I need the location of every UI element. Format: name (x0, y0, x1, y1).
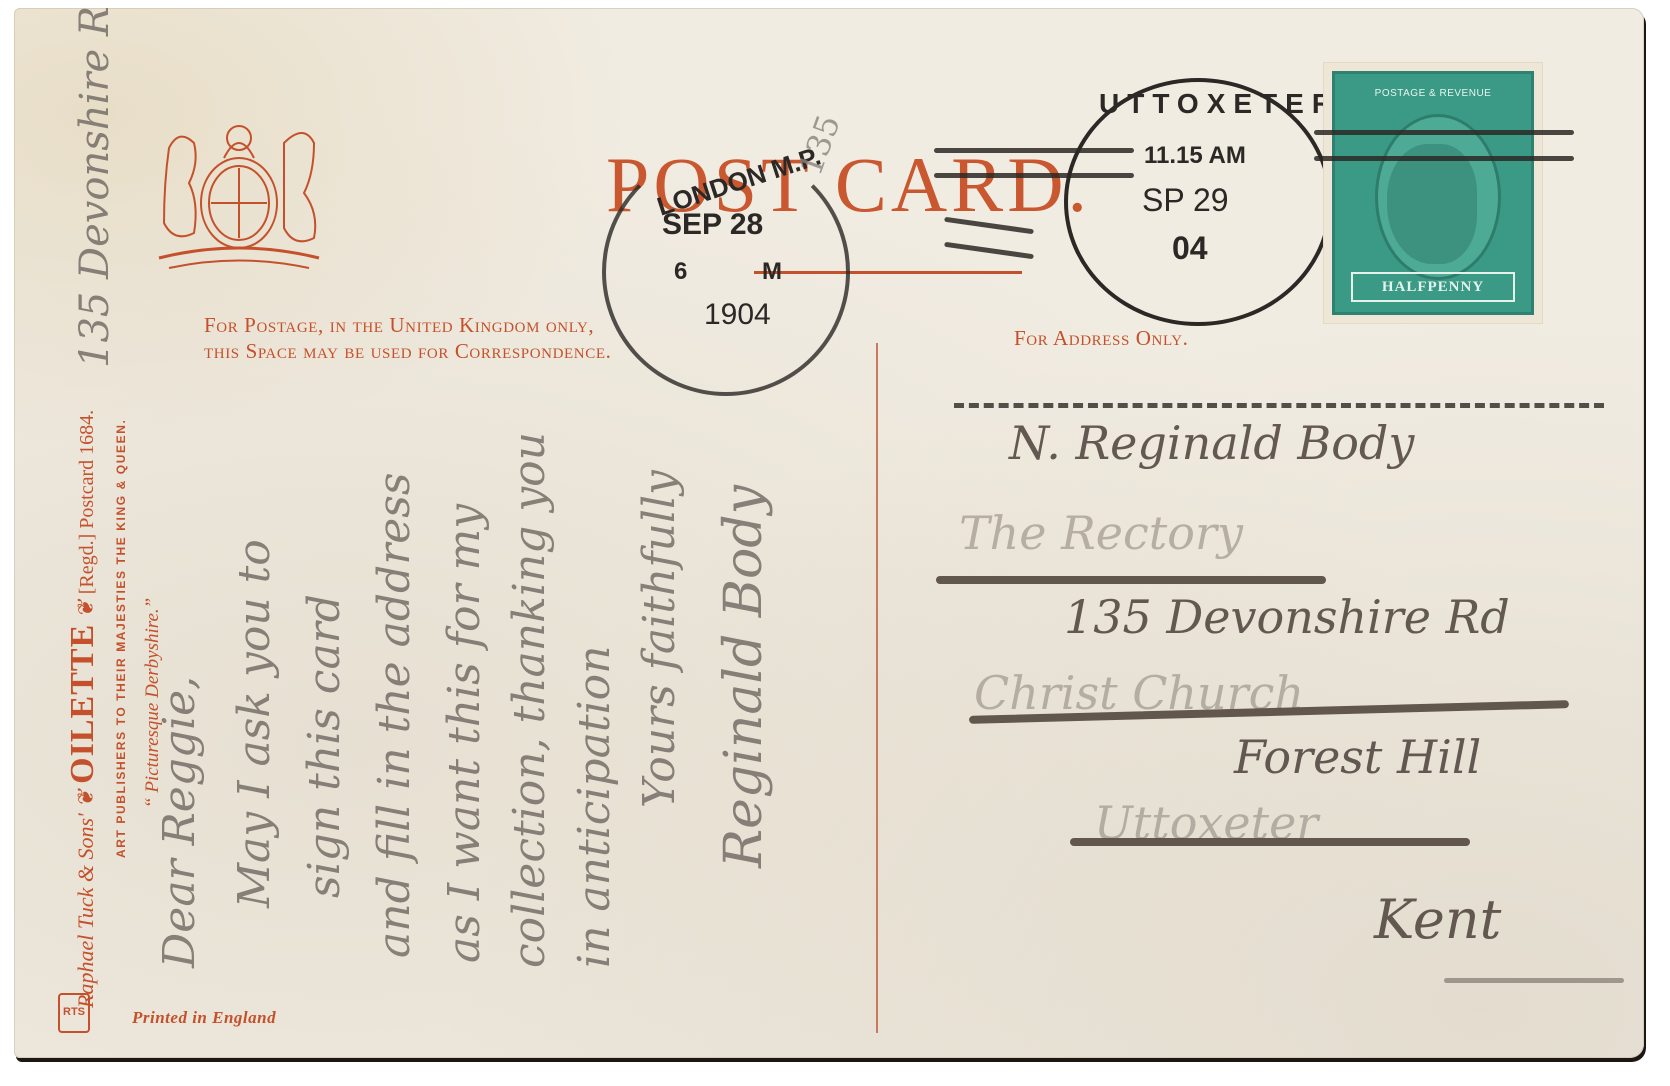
publisher-name: Raphael Tuck & Sons' (73, 813, 98, 1008)
publisher-registration: [Regd.] Postcard 1684. (76, 410, 98, 594)
message-line: as I want this for my (439, 504, 490, 963)
stamp-value: HALFPENNY (1351, 272, 1515, 302)
address-line: N. Reginald Body (1009, 416, 1414, 470)
postmark-london-date: SEP 28 (662, 208, 763, 242)
strikethrough (936, 576, 1326, 584)
stamp-cancel-line (1314, 156, 1574, 161)
correspondence-label-line1: For Postage, in the United Kingdom only, (204, 312, 611, 338)
king-portrait-icon (1387, 144, 1477, 264)
stamp-cancel-line (1314, 130, 1574, 135)
cancel-line (934, 173, 1134, 178)
postmark-uttoxeter-time: 11.15 AM (1144, 142, 1246, 170)
cancel-dash-line (954, 403, 1604, 412)
postmark-london-year: 1904 (704, 298, 771, 332)
postcard: POST CARD. For Postage, in the United Ki… (14, 8, 1644, 1058)
stamp-top-text: POSTAGE & REVENUE (1335, 88, 1531, 99)
address-label: For Address Only. (1014, 326, 1188, 351)
strikethrough (1070, 838, 1470, 846)
postmark-london-suffix: M (762, 258, 782, 286)
message-line: in anticipation (569, 646, 620, 968)
address-line: 135 Devonshire Rd (1064, 590, 1510, 644)
correspondence-label: For Postage, in the United Kingdom only,… (204, 312, 611, 364)
publisher-brand: OILETTE (64, 624, 101, 784)
cancel-line (944, 242, 1034, 259)
message-line: Dear Reggie, (154, 676, 205, 968)
address-line: Kent (1374, 888, 1501, 951)
postmark-london-time: 6 (674, 258, 687, 286)
message-line: Yours faithfully (634, 470, 685, 808)
underline (1444, 978, 1624, 983)
cancel-line (934, 148, 1134, 153)
royal-coat-of-arms-icon (139, 108, 339, 283)
message-line: sign this card (299, 594, 350, 898)
publisher-imprint: Raphael Tuck & Sons' ❦ OILETTE ❦ [Regd.]… (64, 410, 102, 1008)
message-line: May I ask you to (229, 539, 280, 908)
correspondence-label-line2: this Space may be used for Correspondenc… (204, 338, 611, 364)
center-divider (876, 343, 878, 1033)
publisher-monogram: RTS (58, 993, 90, 1033)
printed-in-label: Printed in England (132, 1008, 276, 1028)
message-line: and fill in the address (369, 473, 420, 958)
postmark-uttoxeter-date: SP 29 (1142, 182, 1229, 219)
address-line-struck: The Rectory (959, 506, 1243, 560)
postage-stamp: POSTAGE & REVENUE HALFPENNY (1324, 63, 1542, 323)
message-line: collection, thanking you (504, 432, 555, 968)
address-line: Forest Hill (1234, 730, 1481, 784)
stamp-frame: POSTAGE & REVENUE HALFPENNY (1332, 71, 1534, 315)
royal-appointment: ART PUBLISHERS TO THEIR MAJESTIES THE KI… (114, 419, 128, 858)
forwarding-note: 135 Devonshire Rd (72, 8, 118, 368)
message-signature: Reginald Body (714, 485, 774, 868)
postmark-uttoxeter-year: 04 (1172, 230, 1208, 267)
postmark-uttoxeter-place: UTTOXETER (1099, 88, 1340, 120)
